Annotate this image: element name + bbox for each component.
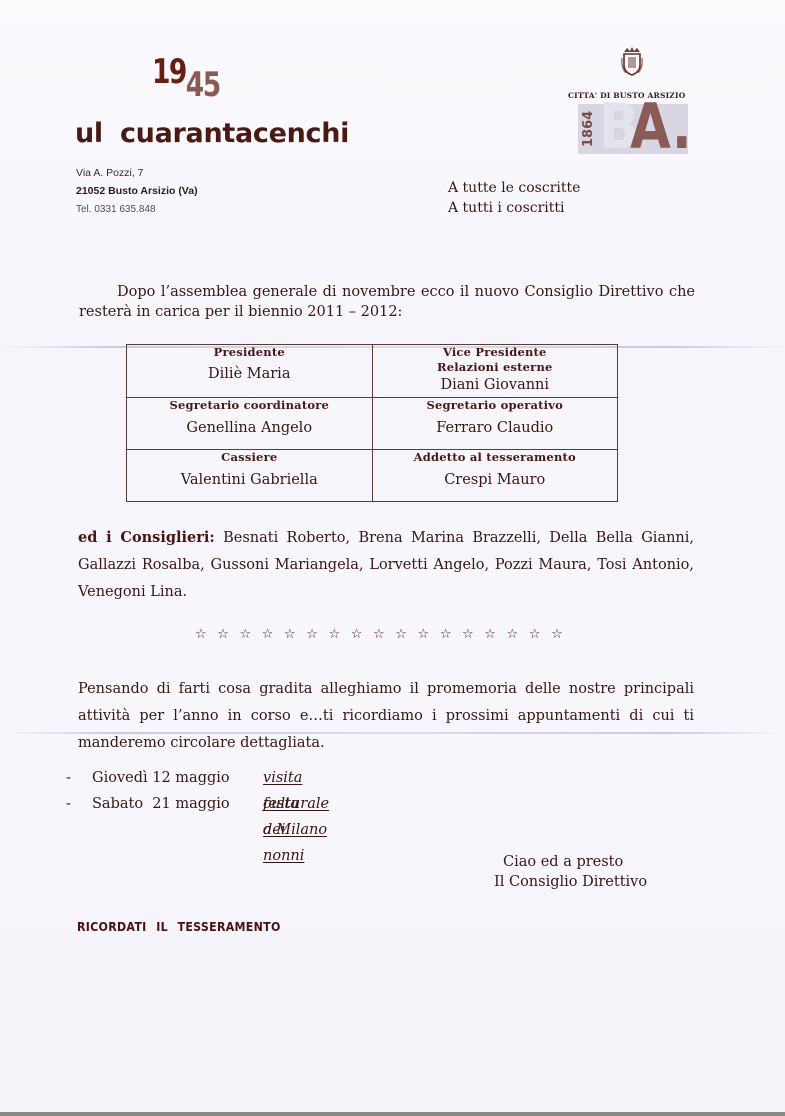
bullet-dash: - (66, 791, 71, 817)
councillors-label: ed i Consiglieri: (78, 529, 215, 546)
event-title: festa dei nonni (263, 791, 304, 869)
intro-paragraph: Dopo l’assemblea generale di novembre ec… (79, 282, 695, 322)
board-cell-treasurer: Cassiere Valentini Gabriella (127, 450, 373, 502)
closing-signature: Ciao ed a presto Il Consiglio Direttivo (494, 852, 647, 892)
board-cell-vice-president: Vice Presidente Relazioni esterne Diani … (372, 345, 618, 398)
board-table: Presidente Diliè Maria Vice Presidente R… (126, 344, 618, 502)
councillors-paragraph: ed i Consiglieri: Besnati Roberto, Brena… (78, 524, 694, 606)
star-separator-icon: ☆☆☆☆☆☆☆☆☆☆☆☆☆☆☆☆☆ (195, 627, 573, 642)
logo-year-part1: 19 (152, 52, 186, 92)
board-cell-coordinating-secretary: Segretario coordinatore Genellina Angelo (127, 398, 373, 450)
member-name: Crespi Mauro (373, 470, 618, 490)
table-row: Cassiere Valentini Gabriella Addetto al … (127, 450, 618, 502)
member-name: Diani Giovanni (373, 375, 618, 395)
role-label: Cassiere (127, 450, 372, 465)
role-label: Presidente (127, 345, 372, 360)
logo-year-part2: 45 (186, 65, 220, 105)
closing-greeting: Ciao ed a presto (494, 852, 647, 872)
letter-page: 1945 ul cuarantacenchi Via A. Pozzi, 7 2… (0, 0, 785, 1116)
address-city: 21052 Busto Arsizio (Va) (76, 185, 198, 197)
association-name: ul cuarantacenchi (75, 118, 349, 149)
board-cell-president: Presidente Diliè Maria (127, 345, 373, 398)
board-cell-membership: Addetto al tesseramento Crespi Mauro (372, 450, 618, 502)
recipient-line: A tutti i coscritti (448, 198, 580, 218)
city-logo-letter-a: A. (630, 96, 692, 158)
association-logo-year: 1945 (152, 52, 220, 92)
coat-of-arms-icon (621, 46, 643, 76)
recipient-line: A tutte le coscritte (448, 178, 580, 198)
intro-text: Dopo l’assemblea generale di novembre ec… (79, 284, 695, 320)
member-name: Diliè Maria (127, 364, 372, 384)
postscript: RICORDATI IL TESSERAMENTO (77, 920, 281, 934)
city-logo-year: 1864 (581, 104, 601, 154)
closing-signer: Il Consiglio Direttivo (494, 872, 647, 892)
role-label: Vice Presidente (373, 345, 618, 360)
table-row: Segretario coordinatore Genellina Angelo… (127, 398, 618, 450)
role-label: Relazioni esterne (373, 360, 618, 375)
table-row: Presidente Diliè Maria Vice Presidente R… (127, 345, 618, 398)
member-name: Ferraro Claudio (373, 418, 618, 438)
role-label: Addetto al tesseramento (373, 450, 618, 465)
member-name: Valentini Gabriella (127, 470, 372, 490)
bullet-dash: - (66, 765, 71, 791)
role-label: Segretario coordinatore (127, 398, 372, 413)
address-street: Via A. Pozzi, 7 (76, 167, 144, 179)
event-date: Giovedì 12 maggio (92, 765, 230, 791)
role-label: Segretario operativo (373, 398, 618, 413)
board-cell-operating-secretary: Segretario operativo Ferraro Claudio (372, 398, 618, 450)
scan-edge (0, 1112, 785, 1116)
event-date: Sabato 21 maggio (92, 791, 230, 817)
member-name: Genellina Angelo (127, 418, 372, 438)
reminder-paragraph: Pensando di farti cosa gradita alleghiam… (78, 676, 694, 757)
address-phone: Tel. 0331 635.848 (76, 204, 156, 215)
recipients: A tutte le coscritte A tutti i coscritti (448, 178, 580, 218)
